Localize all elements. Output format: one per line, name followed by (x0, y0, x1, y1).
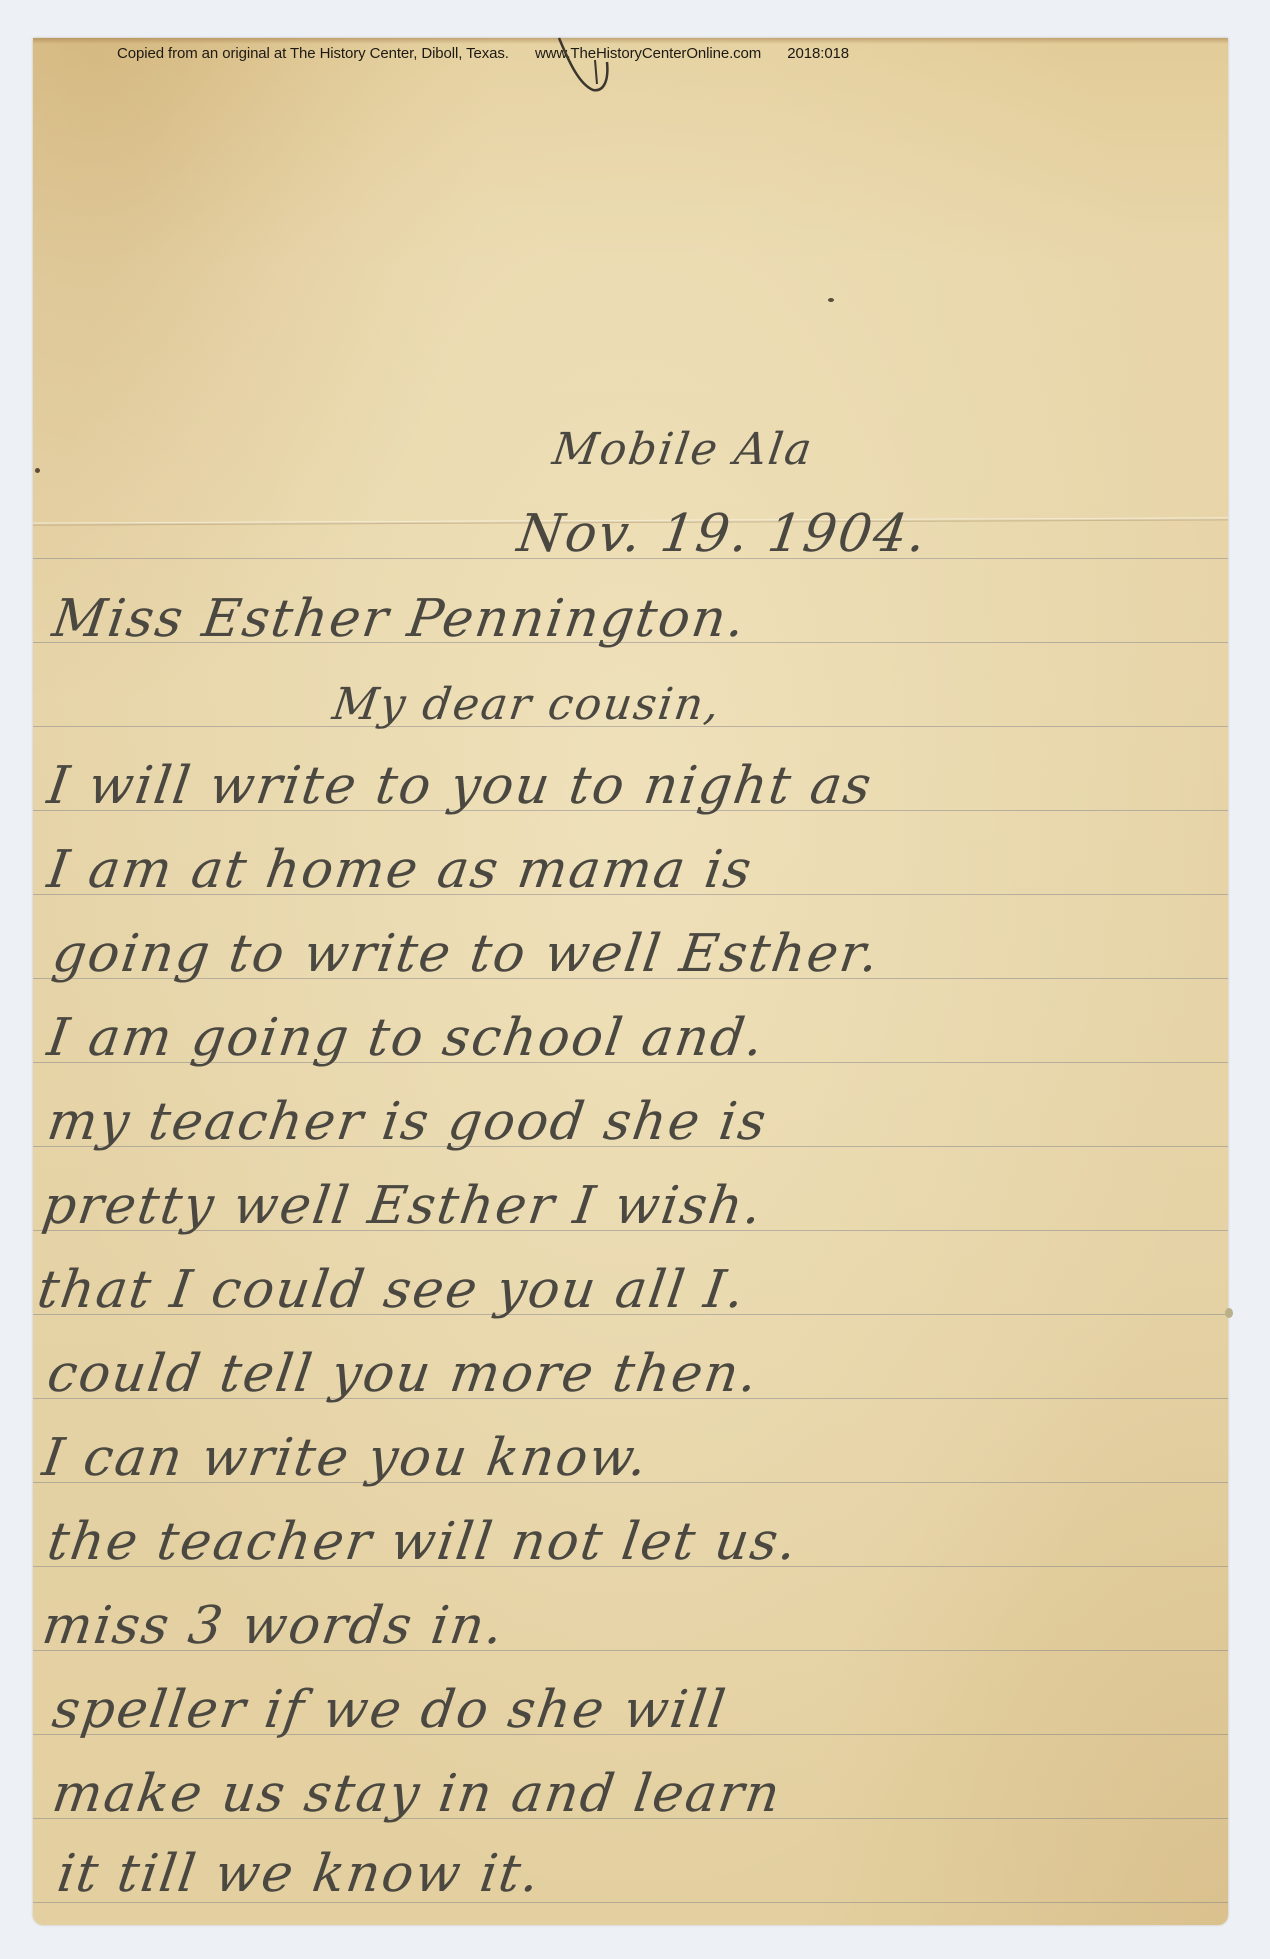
recipient-line: Miss Esther Pennington. (49, 593, 749, 645)
archive-accession-text: 2018:018 (787, 45, 849, 62)
circled-page-number-icon (551, 32, 611, 102)
date-line: Nov. 19. 1904. (514, 508, 930, 560)
paper-speck (1225, 1308, 1233, 1318)
body-line: miss 3 words in. (39, 1600, 508, 1652)
body-line: I am going to school and. (44, 1012, 768, 1064)
archive-source-text: Copied from an original at The History C… (117, 45, 509, 62)
body-line: it till we know it. (54, 1848, 544, 1900)
archive-stamp: Copied from an original at The History C… (117, 45, 871, 62)
body-line: I am at home as mama is (44, 844, 756, 896)
body-line: I will write to you to night as (44, 760, 876, 812)
body-line: speller if we do she will (49, 1684, 730, 1736)
salutation-line: My dear cousin, (330, 683, 724, 727)
body-line: going to write to well Esther. (49, 928, 883, 980)
body-line: could tell you more then. (44, 1348, 762, 1400)
paper-speck (828, 298, 834, 302)
body-line: that I could see you all I. (34, 1264, 749, 1316)
letter-page: Copied from an original at The History C… (33, 38, 1228, 1925)
paper-speck (35, 468, 40, 473)
body-line: my teacher is good she is (44, 1096, 770, 1148)
place-line: Mobile Ala (550, 428, 816, 472)
body-line: make us stay in and learn (49, 1768, 784, 1820)
body-line: the teacher will not let us. (44, 1516, 801, 1568)
body-line: pretty well Esther I wish. (39, 1180, 766, 1232)
body-line: I can write you know. (39, 1432, 652, 1484)
